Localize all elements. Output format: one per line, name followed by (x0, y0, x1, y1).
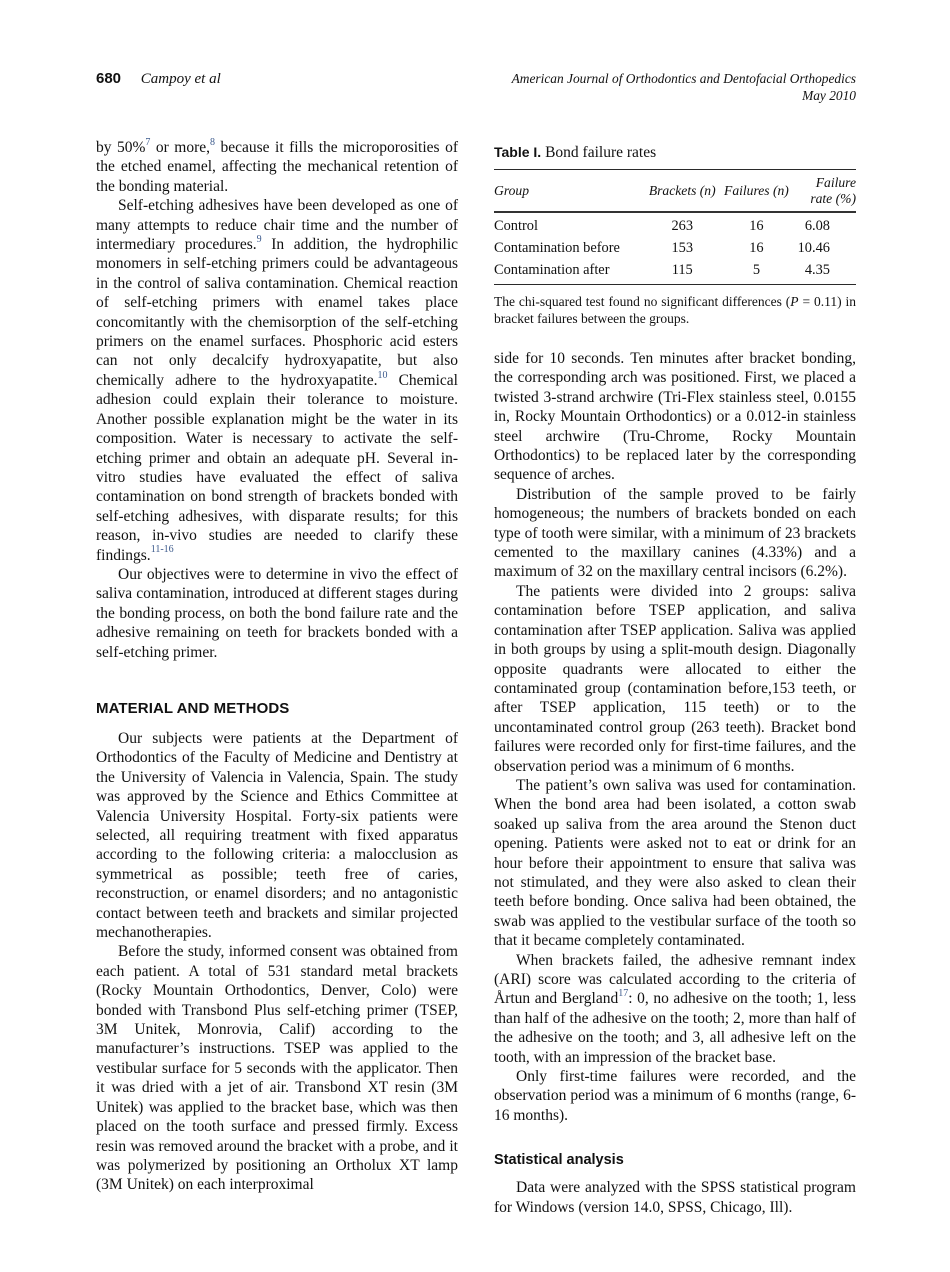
paragraph: The patient’s own saliva was used for co… (494, 776, 856, 951)
issue-date: May 2010 (512, 87, 856, 104)
table-row: Contamination after11554.35 (494, 260, 856, 285)
subsection-heading-statistical-analysis: Statistical analysis (494, 1152, 856, 1168)
paragraph: Before the study, informed consent was o… (96, 942, 458, 1194)
table-cell: 4.35 (791, 260, 856, 285)
bond-failure-table: GroupBrackets (n)Failures (n)Failure rat… (494, 169, 856, 285)
table-cell: 153 (642, 238, 722, 260)
reference-link[interactable]: 8 (210, 137, 215, 148)
table-title: Bond failure rates (545, 144, 656, 161)
intro-paragraphs: by 50%7 or more,8 because it fills the m… (96, 138, 458, 662)
paragraph: Self-etching adhesives have been develop… (96, 196, 458, 565)
table-cell: 263 (642, 212, 722, 238)
table-caption: Table I. Bond failure rates (494, 144, 856, 162)
reference-link[interactable]: 11-16 (151, 544, 174, 555)
table-cell: 10.46 (791, 238, 856, 260)
left-column: by 50%7 or more,8 because it fills the m… (96, 138, 458, 1217)
table-body: Control263166.08Contamination before1531… (494, 212, 856, 285)
paragraph: Data were analyzed with the SPSS statist… (494, 1178, 856, 1217)
page-number: 680 (96, 70, 121, 87)
table-cell: Control (494, 212, 642, 238)
section-heading-material-and-methods: MATERIAL AND METHODS (96, 700, 458, 717)
paragraph: Distribution of the sample proved to be … (494, 485, 856, 582)
table-header-row: GroupBrackets (n)Failures (n)Failure rat… (494, 170, 856, 213)
page-body: by 50%7 or more,8 because it fills the m… (96, 138, 856, 1217)
table-label: Table I. (494, 144, 541, 160)
paragraph: When brackets failed, the adhesive remna… (494, 951, 856, 1067)
reference-link[interactable]: 10 (378, 370, 388, 381)
reference-link[interactable]: 17 (618, 988, 628, 999)
table-cell: 16 (722, 212, 791, 238)
running-header-right: American Journal of Orthodontics and Den… (512, 70, 856, 104)
journal-name: American Journal of Orthodontics and Den… (512, 70, 856, 87)
results-paragraphs: side for 10 seconds. Ten minutes after b… (494, 349, 856, 1125)
italic-text: P (790, 294, 798, 309)
table-cell: 6.08 (791, 212, 856, 238)
table-column-header: Group (494, 170, 642, 213)
table-cell: 5 (722, 260, 791, 285)
reference-link[interactable]: 9 (257, 234, 262, 245)
table-1: Table I. Bond failure rates GroupBracket… (494, 144, 856, 327)
reference-link[interactable]: 7 (145, 137, 150, 148)
paragraph: The patients were divided into 2 groups:… (494, 582, 856, 776)
table-cell: 115 (642, 260, 722, 285)
running-header-left: 680 Campoy et al (96, 70, 221, 88)
table-cell: 16 (722, 238, 791, 260)
table-column-header: Brackets (n) (642, 170, 722, 213)
statistical-paragraphs: Data were analyzed with the SPSS statist… (494, 1178, 856, 1217)
table-cell: Contamination after (494, 260, 642, 285)
table-column-header: Failures (n) (722, 170, 791, 213)
running-header: 680 Campoy et al American Journal of Ort… (96, 70, 856, 104)
methods-paragraphs: Our subjects were patients at the Depart… (96, 729, 458, 1195)
table-cell: Contamination before (494, 238, 642, 260)
running-authors: Campoy et al (141, 71, 221, 87)
paragraph: side for 10 seconds. Ten minutes after b… (494, 349, 856, 485)
table-row: Control263166.08 (494, 212, 856, 238)
paragraph: Our objectives were to determine in vivo… (96, 565, 458, 662)
journal-page: 680 Campoy et al American Journal of Ort… (0, 0, 950, 1272)
paragraph: by 50%7 or more,8 because it fills the m… (96, 138, 458, 196)
table-footnote: The chi-squared test found no significan… (494, 293, 856, 327)
table-column-header: Failure rate (%) (791, 170, 856, 213)
right-column: Table I. Bond failure rates GroupBracket… (494, 138, 856, 1217)
table-row: Contamination before1531610.46 (494, 238, 856, 260)
table-header: GroupBrackets (n)Failures (n)Failure rat… (494, 170, 856, 213)
paragraph: Only first-time failures were recorded, … (494, 1067, 856, 1125)
paragraph: Our subjects were patients at the Depart… (96, 729, 458, 942)
